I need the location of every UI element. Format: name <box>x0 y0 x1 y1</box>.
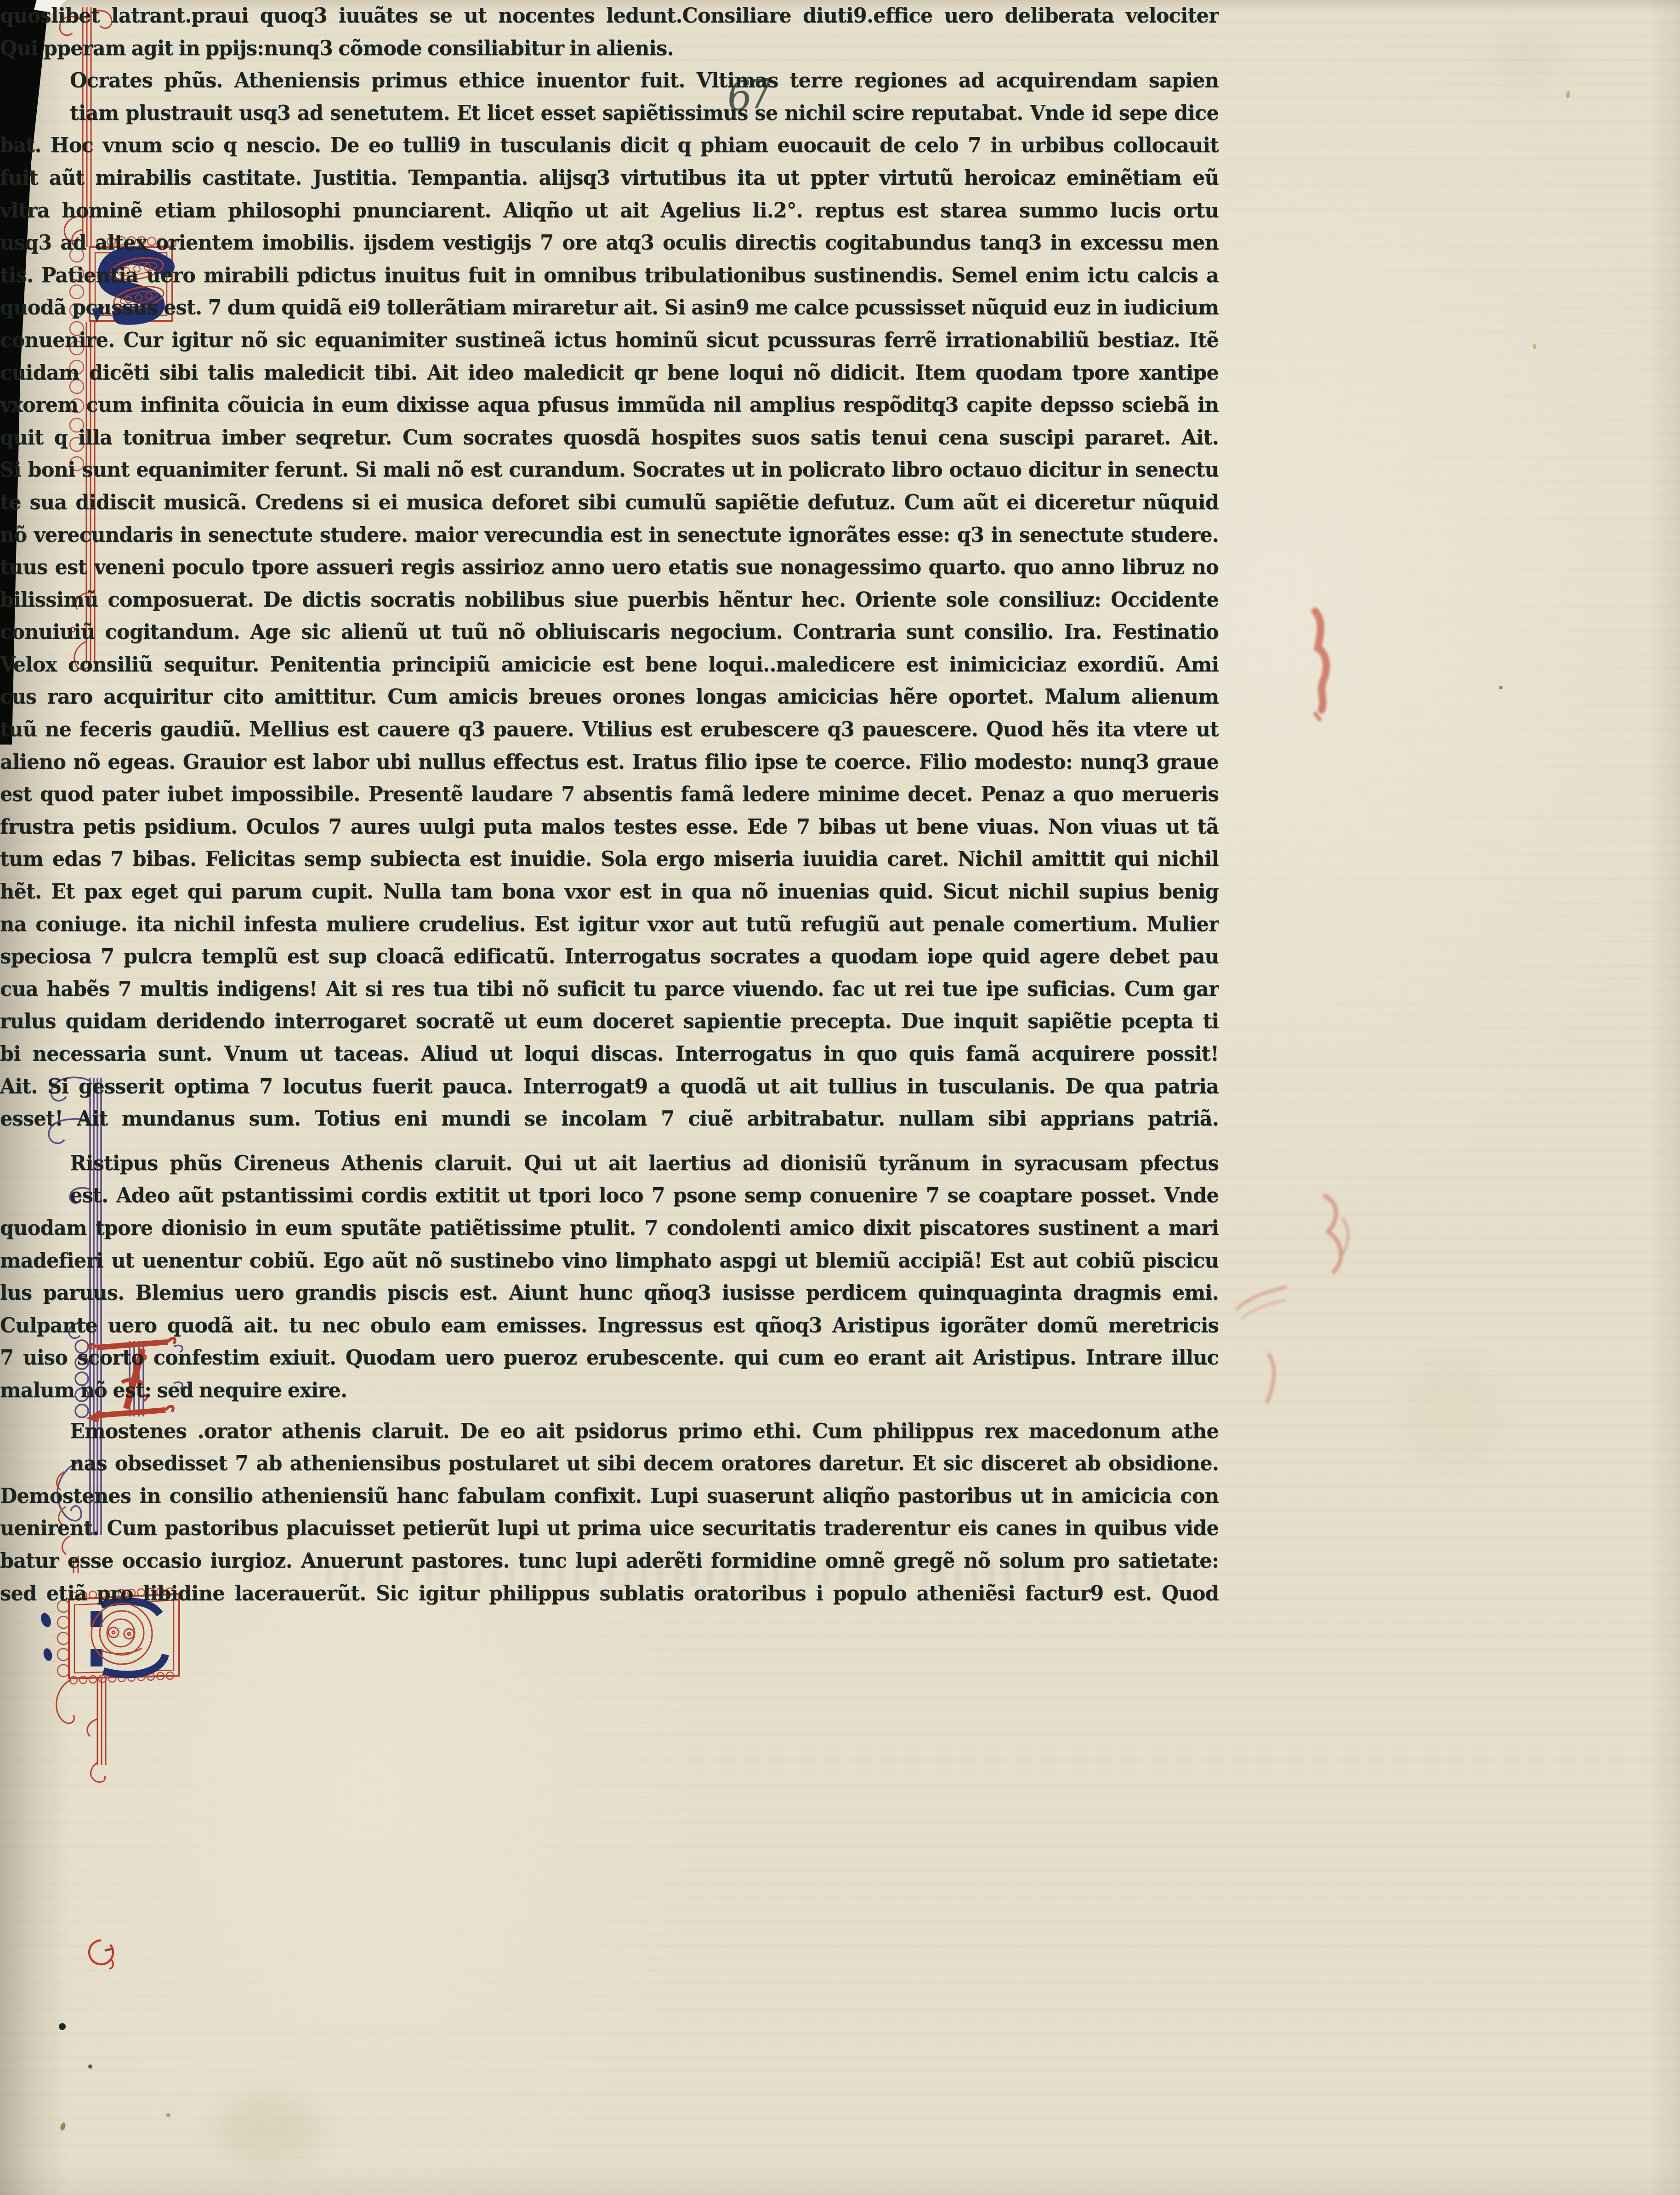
text-line: te sua didiscit musicã. Credens si ei mu… <box>0 486 1219 520</box>
paper-stain <box>1489 28 1562 83</box>
text-line: hẽt. Et pax eget qui parum cupit. Nulla … <box>0 876 1219 909</box>
text-line: Demostenes in consilio atheniensiũ hanc … <box>0 1480 1219 1513</box>
ink-speck <box>88 2064 92 2069</box>
paper-fiber <box>1565 91 1571 99</box>
text-line: cua habẽs 7 multis indigens! Ait si res … <box>0 973 1219 1007</box>
text-line: tuus est veneni poculo tpore assueri reg… <box>0 551 1219 585</box>
text-line: Velox consiliũ sequitur. Penitentia prin… <box>0 648 1219 682</box>
text-line: Ocrates phũs. Atheniensis primus ethice … <box>0 64 1219 98</box>
paper-stain <box>1402 1356 1503 1475</box>
ink-speck <box>166 2113 170 2117</box>
red-circle-annotation <box>83 1935 129 1976</box>
paper-stain <box>216 2096 322 2165</box>
ink-speck <box>59 2023 66 2030</box>
red-ink-smudge <box>1305 607 1346 726</box>
text-line: na coniuge. ita nichil infesta muliere c… <box>0 908 1219 942</box>
text-line: conuiuiũ cogitandum. Age sic alienũ ut t… <box>0 616 1219 649</box>
text-line: Qui pperam agit in ppijs:nunq3 cõmode co… <box>0 32 1219 66</box>
text-line: tum edas 7 bibas. Felicitas semp subiect… <box>0 843 1219 876</box>
text-line: vltra hominẽ etiam philosophi pnunciaren… <box>0 194 1219 228</box>
ink-speck <box>59 2122 67 2131</box>
text-block: quoslibet latrant.praui quoq3 iuuãtes se… <box>0 0 1219 1610</box>
paper-fiber <box>1533 344 1536 349</box>
text-line: tuũ ne feceris gaudiũ. Mellius est cauer… <box>0 713 1219 747</box>
text-line: Culpante uero quodã ait. tu nec obulo ea… <box>0 1309 1219 1343</box>
text-line: Emostenes .orator athenis claruit. De eo… <box>0 1415 1219 1448</box>
text-line: frustra petis psidium. Oculos 7 aures uu… <box>0 811 1219 844</box>
text-line: 7 uiso scorto confestim exiuit. Quodam u… <box>0 1342 1219 1375</box>
text-line: tis. Patientia uero mirabili pdictus inu… <box>0 259 1219 293</box>
text-line: uenirent. Cum pastoribus placuisset peti… <box>0 1512 1219 1546</box>
text-line: usq3 ad altex orientem imobilis. ijsdem … <box>0 227 1219 260</box>
text-line: bilissimũ composuerat. De dictis socrati… <box>0 584 1219 617</box>
manuscript-page: 67 <box>0 0 1680 2195</box>
text-line: quodam tpore dionisio in eum sputãte pat… <box>0 1212 1219 1245</box>
text-line: est quod pater iubet impossibile. Presen… <box>0 778 1219 812</box>
text-line: esset! Ait mundanus sum. Totius eni mund… <box>0 1103 1219 1136</box>
text-line: madefieri ut uenentur cobiũ. Ego aũt nõ … <box>0 1245 1219 1278</box>
text-line: cus raro acquiritur cito amittitur. Cum … <box>0 681 1219 714</box>
text-line: sed etiã pro libidine lacerauerũt. Sic i… <box>0 1577 1219 1610</box>
text-line: nõ verecundaris in senectute studere. ma… <box>0 518 1219 552</box>
red-ink-smudge <box>1310 1190 1365 1282</box>
red-ink-smudge <box>1232 1278 1291 1324</box>
text-line: fuit aũt mirabilis castitate. Justitia. … <box>0 162 1219 195</box>
initial-d-ornament <box>28 1581 239 1838</box>
text-line: tiam plustrauit usq3 ad senetutem. Et li… <box>0 97 1219 131</box>
ink-speck <box>1499 686 1503 689</box>
text-line: malum nõ est: sed nequire exire. <box>0 1374 1219 1408</box>
text-line: cuidam dicẽti sibi talis maledicit tibi.… <box>0 356 1219 390</box>
text-line: quit q illa tonitrua imber seqretur. Cum… <box>0 421 1219 455</box>
text-line: Ristipus phũs Cireneus Athenis claruit. … <box>0 1147 1219 1181</box>
red-ink-smudge <box>1254 1349 1287 1409</box>
text-line: batur esse occasio iurgioz. Anuerunt pas… <box>0 1545 1219 1578</box>
text-line: bi necessaria sunt. Vnum ut taceas. Aliu… <box>0 1038 1219 1071</box>
text-line: alieno nõ egeas. Grauior est labor ubi n… <box>0 746 1219 779</box>
text-line: Ait. Si gesserit optima 7 locutus fuerit… <box>0 1070 1219 1104</box>
text-line: lus paruus. Blemius uero grandis piscis … <box>0 1277 1219 1310</box>
text-line: nas obsedisset 7 ab atheniensibus postul… <box>0 1447 1219 1481</box>
text-line: vxorem cum infinita cõuicia in eum dixis… <box>0 389 1219 422</box>
text-line: bat. Hoc vnum scio q nescio. De eo tulli… <box>0 129 1219 163</box>
text-line: rulus quidam deridendo interrogaret socr… <box>0 1005 1219 1039</box>
text-line: quoslibet latrant.praui quoq3 iuuãtes se… <box>0 0 1219 33</box>
text-line: conuenire. Cur igitur nõ sic equanimiter… <box>0 324 1219 358</box>
text-line: Si boni sunt equanimiter ferunt. Si mali… <box>0 454 1219 487</box>
text-line: speciosa 7 pulcra templũ est sup cloacã … <box>0 940 1219 974</box>
text-line: est. Adeo aũt pstantissimi cordis extiti… <box>0 1179 1219 1213</box>
text-line: quodã pcussus est. 7 dum quidã ei9 tolle… <box>0 291 1219 325</box>
